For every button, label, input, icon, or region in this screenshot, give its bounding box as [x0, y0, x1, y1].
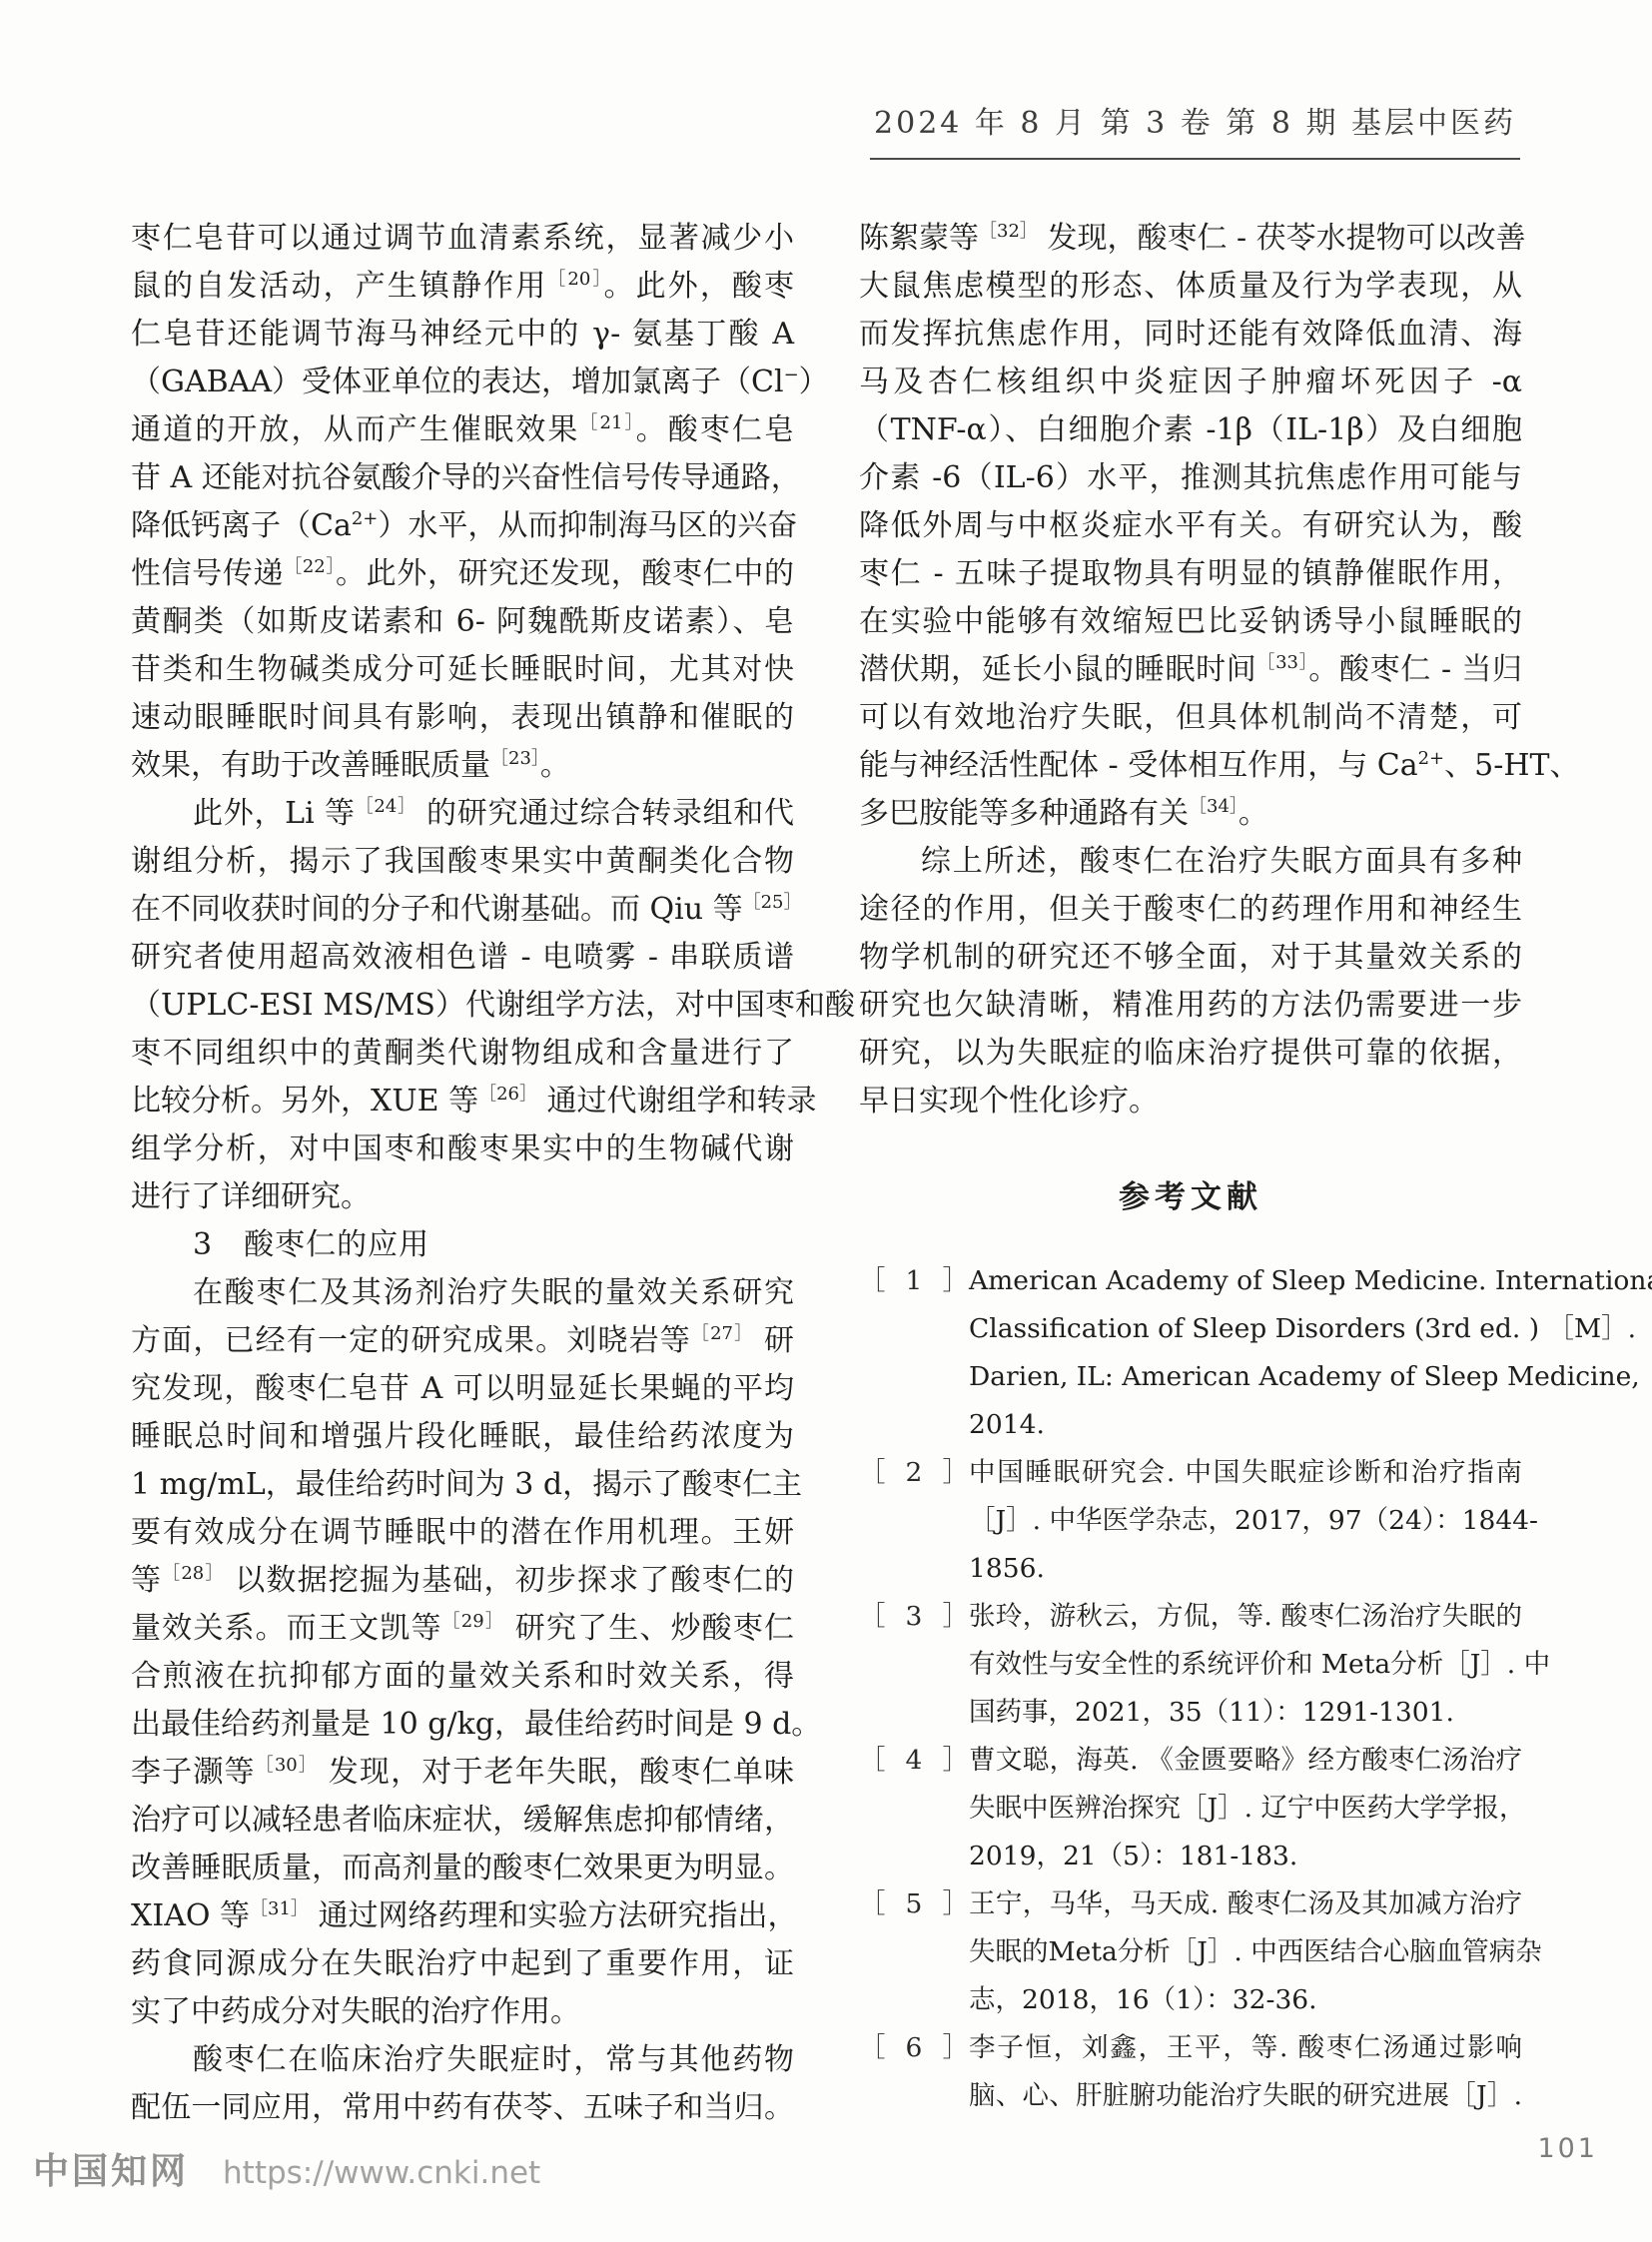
text-line: 苷 A 还能对抗谷氨酸介导的兴奋性信号传导通路，: [131, 454, 794, 502]
text-line: 枣不同组织中的黄酮类代谢物组成和含量进行了: [131, 1030, 794, 1078]
text-line: 黄酮类（如斯皮诺素和 6- 阿魏酰斯皮诺素）、皂: [131, 598, 794, 646]
text-line: ［J］. 中华医学杂志，2017，97（24）：1844-: [859, 1497, 1522, 1545]
text-line: 能与神经活性配体 - 受体相互作用，与 Ca2+、5-HT、: [859, 742, 1522, 790]
text-line: 在不同收获时间的分子和代谢基础。而 Qiu 等［25］: [131, 886, 794, 934]
text-line: ［3］张玲，游秋云，方侃，等. 酸枣仁汤治疗失眠的: [859, 1593, 1522, 1641]
spacer: [859, 1221, 1522, 1257]
cnki-logo: 中国知网: [33, 2143, 189, 2194]
text-line: XIAO 等［31］ 通过网络药理和实验方法研究指出，: [131, 1892, 794, 1940]
reference-number: ［3］: [859, 1593, 969, 1641]
reference-number: ［5］: [859, 1880, 969, 1928]
text-line: 介素 -6（IL-6）水平，推测其抗焦虑作用可能与: [859, 454, 1522, 502]
text-line: 研究也欠缺清晰，精准用药的方法仍需要进一步: [859, 982, 1522, 1030]
reference-text: 曹文聪，海英. 《金匮要略》经方酸枣仁汤治疗: [969, 1737, 1522, 1785]
reference-number: ［6］: [859, 2024, 969, 2072]
reference-text: 张玲，游秋云，方侃，等. 酸枣仁汤治疗失眠的: [969, 1593, 1522, 1641]
text-line: 途径的作用，但关于酸枣仁的药理作用和神经生: [859, 886, 1522, 934]
text-line: ［5］王宁，马华，马天成. 酸枣仁汤及其加减方治疗: [859, 1880, 1522, 1928]
text-line: ［6］李子恒，刘鑫，王平，等. 酸枣仁汤通过影响: [859, 2024, 1522, 2072]
text-line: 2019，21（5）：181-183.: [859, 1833, 1522, 1880]
text-line: 苷类和生物碱类成分可延长睡眠时间，尤其对快: [131, 646, 794, 694]
text-line: 睡眠总时间和增强片段化睡眠，最佳给药浓度为: [131, 1413, 794, 1461]
text-line: 1 mg/mL，最佳给药时间为 3 d，揭示了酸枣仁主: [131, 1461, 794, 1509]
text-line: 要有效成分在调节睡眠中的潜在作用机理。王妍: [131, 1509, 794, 1557]
text-line: 药食同源成分在失眠治疗中起到了重要作用，证: [131, 1940, 794, 1988]
text-line: 而发挥抗焦虑作用，同时还能有效降低血清、海: [859, 311, 1522, 359]
text-line: 等［28］ 以数据挖掘为基础，初步探求了酸枣仁的: [131, 1557, 794, 1605]
spacer: [859, 1125, 1522, 1173]
text-line: 仁皂苷还能调节海马神经元中的 γ- 氨基丁酸 A: [131, 311, 794, 359]
text-line: 降低钙离子（Ca2+）水平，从而抑制海马区的兴奋: [131, 502, 794, 550]
text-line: Classification of Sleep Disorders (3rd e…: [859, 1305, 1522, 1353]
text-line: 性信号传递［22］。此外，研究还发现，酸枣仁中的: [131, 550, 794, 598]
text-line: 进行了详细研究。: [131, 1173, 794, 1221]
text-line: ［4］曹文聪，海英. 《金匮要略》经方酸枣仁汤治疗: [859, 1737, 1522, 1785]
text-line: 究发现，酸枣仁皂苷 A 可以明显延长果蝇的平均: [131, 1365, 794, 1413]
reference-number: ［1］: [859, 1257, 969, 1305]
text-line: 在酸枣仁及其汤剂治疗失眠的量效关系研究: [131, 1269, 794, 1317]
text-line: （UPLC-ESI MS/MS）代谢组学方法，对中国枣和酸: [131, 982, 794, 1030]
text-line: 有效性与安全性的系统评价和 Meta分析［J］. 中: [859, 1641, 1522, 1689]
text-line: 谢组分析，揭示了我国酸枣果实中黄酮类化合物: [131, 838, 794, 886]
text-line: 早日实现个性化诊疗。: [859, 1078, 1522, 1125]
text-line: 物学机制的研究还不够全面，对于其量效关系的: [859, 934, 1522, 982]
page-number: 101: [1537, 2133, 1598, 2164]
reference-number: ［4］: [859, 1737, 969, 1785]
text-line: 方面，已经有一定的研究成果。刘晓岩等［27］ 研: [131, 1317, 794, 1365]
column-right: 陈絮蒙等［32］ 发现，酸枣仁 - 茯苓水提物可以改善大鼠焦虑模型的形态、体质量…: [859, 215, 1522, 2120]
text-line: 失眠的Meta分析［J］. 中西医结合心脑血管病杂: [859, 1928, 1522, 1976]
text-line: 枣仁 - 五味子提取物具有明显的镇静催眠作用，: [859, 550, 1522, 598]
reference-text: 李子恒，刘鑫，王平，等. 酸枣仁汤通过影响: [969, 2024, 1522, 2072]
text-line: 改善睡眠质量，而高剂量的酸枣仁效果更为明显。: [131, 1845, 794, 1892]
text-line: ［2］中国睡眠研究会. 中国失眠症诊断和治疗指南: [859, 1449, 1522, 1497]
text-line: 此外，Li 等［24］ 的研究通过综合转录组和代: [131, 790, 794, 838]
cnki-url: https://www.cnki.net: [223, 2155, 540, 2191]
journal-header: 2024 年 8 月 第 3 卷 第 8 期 基层中医药: [870, 98, 1520, 160]
reference-text: 王宁，马华，马天成. 酸枣仁汤及其加减方治疗: [969, 1880, 1522, 1928]
text-line: 3 酸枣仁的应用: [131, 1221, 794, 1269]
text-line: 合煎液在抗抑郁方面的量效关系和时效关系，得: [131, 1653, 794, 1701]
text-line: 速动眼睡眠时间具有影响，表现出镇静和催眠的: [131, 694, 794, 742]
text-line: 马及杏仁核组织中炎症因子肿瘤坏死因子 -α: [859, 359, 1522, 406]
text-line: 研究者使用超高效液相色谱 - 电喷雾 - 串联质谱: [131, 934, 794, 982]
text-line: 可以有效地治疗失眠，但具体机制尚不清楚，可: [859, 694, 1522, 742]
text-line: 大鼠焦虑模型的形态、体质量及行为学表现，从: [859, 263, 1522, 311]
references-heading: 参考文献: [859, 1173, 1522, 1221]
footer: 中国知网 https://www.cnki.net: [33, 2143, 540, 2194]
text-line: （GABAA）受体亚单位的表达，增加氯离子（Cl−）: [131, 359, 794, 406]
text-line: 研究，以为失眠症的临床治疗提供可靠的依据，: [859, 1030, 1522, 1078]
text-line: 志，2018，16（1）：32-36.: [859, 1976, 1522, 2024]
journal-page: 2024 年 8 月 第 3 卷 第 8 期 基层中医药 枣仁皂苷可以通过调节血…: [0, 0, 1652, 2242]
text-line: 鼠的自发活动，产生镇静作用［20］。此外，酸枣: [131, 263, 794, 311]
text-line: 比较分析。另外，XUE 等［26］ 通过代谢组学和转录: [131, 1078, 794, 1125]
text-line: 实了中药成分对失眠的治疗作用。: [131, 1988, 794, 2036]
text-line: 量效关系。而王文凯等［29］ 研究了生、炒酸枣仁: [131, 1605, 794, 1653]
column-left: 枣仁皂苷可以通过调节血清素系统，显著减少小鼠的自发活动，产生镇静作用［20］。此…: [131, 215, 794, 2132]
text-line: 失眠中医辨治探究［J］. 辽宁中医药大学学报，: [859, 1785, 1522, 1833]
text-line: 组学分析，对中国枣和酸枣果实中的生物碱代谢: [131, 1125, 794, 1173]
text-line: 通道的开放，从而产生催眠效果［21］。酸枣仁皂: [131, 406, 794, 454]
text-line: 国药事，2021，35（11）：1291-1301.: [859, 1689, 1522, 1737]
text-line: 1856.: [859, 1545, 1522, 1593]
text-line: 多巴胺能等多种通路有关［34］。: [859, 790, 1522, 838]
text-line: 配伍一同应用，常用中药有茯苓、五味子和当归。: [131, 2084, 794, 2132]
reference-text: 中国睡眠研究会. 中国失眠症诊断和治疗指南: [969, 1449, 1522, 1497]
text-line: 出最佳给药剂量是 10 g/kg，最佳给药时间是 9 d。: [131, 1701, 794, 1749]
text-line: 陈絮蒙等［32］ 发现，酸枣仁 - 茯苓水提物可以改善: [859, 215, 1522, 263]
text-line: 酸枣仁在临床治疗失眠症时，常与其他药物: [131, 2036, 794, 2084]
text-line: 在实验中能够有效缩短巴比妥钠诱导小鼠睡眠的: [859, 598, 1522, 646]
text-line: （TNF-α）、白细胞介素 -1β（IL-1β）及白细胞: [859, 406, 1522, 454]
text-line: Darien, IL: American Academy of Sleep Me…: [859, 1353, 1522, 1401]
reference-number: ［2］: [859, 1449, 969, 1497]
text-line: 2014.: [859, 1401, 1522, 1449]
text-line: 枣仁皂苷可以通过调节血清素系统，显著减少小: [131, 215, 794, 263]
reference-text: American Academy of Sleep Medicine. Inte…: [969, 1257, 1652, 1305]
text-line: 脑、心、肝脏腑功能治疗失眠的研究进展［J］.: [859, 2072, 1522, 2120]
text-line: 治疗可以减轻患者临床症状，缓解焦虑抑郁情绪，: [131, 1797, 794, 1845]
text-line: ［1］American Academy of Sleep Medicine. I…: [859, 1257, 1522, 1305]
text-line: 潜伏期，延长小鼠的睡眠时间［33］。酸枣仁 - 当归: [859, 646, 1522, 694]
text-line: 李子灏等［30］ 发现，对于老年失眠，酸枣仁单味: [131, 1749, 794, 1797]
text-line: 综上所述，酸枣仁在治疗失眠方面具有多种: [859, 838, 1522, 886]
text-line: 降低外周与中枢炎症水平有关。有研究认为，酸: [859, 502, 1522, 550]
text-line: 效果，有助于改善睡眠质量［23］。: [131, 742, 794, 790]
